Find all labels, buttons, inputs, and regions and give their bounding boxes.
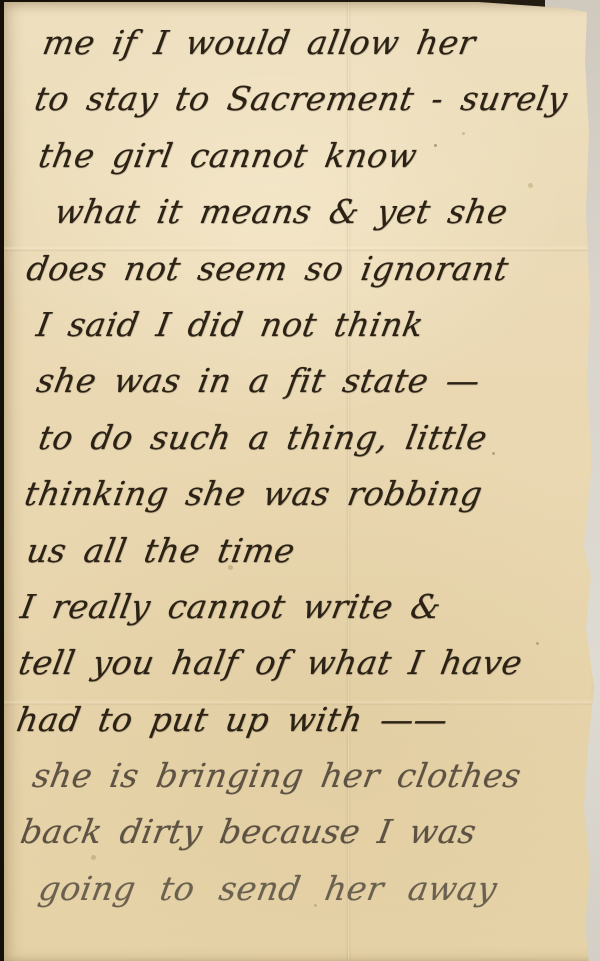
- letter-line-text: thinking she was robbing: [20, 466, 487, 522]
- letter-line: us all the time: [22, 523, 586, 579]
- letter-line-text: to stay to Sacrement - surely: [30, 71, 572, 127]
- scanned-letter-page: me if I would allow her to stay to Sacre…: [0, 0, 600, 961]
- letter-paper: me if I would allow her to stay to Sacre…: [4, 2, 600, 961]
- letter-line-text: the girl cannot know: [34, 128, 422, 184]
- letter-line: to stay to Sacrement - surely: [30, 71, 586, 127]
- letter-line: the girl cannot know: [34, 128, 586, 184]
- letter-line: had to put up with ——: [12, 692, 586, 748]
- letter-line-text: going to send her away: [34, 861, 502, 917]
- letter-line: thinking she was robbing: [20, 466, 586, 522]
- letter-line: to do such a thing, little: [34, 410, 586, 466]
- letter-line: tell you half of what I have: [14, 635, 586, 691]
- letter-line: I really cannot write &: [16, 579, 586, 635]
- letter-line: does not seem so ignorant: [22, 241, 586, 297]
- letter-line-text: I really cannot write &: [16, 579, 446, 635]
- letter-line-text: us all the time: [22, 523, 300, 579]
- letter-line-text: she was in a fit state —: [32, 353, 485, 409]
- letter-line-text: back dirty because I was: [16, 804, 481, 860]
- letter-line: what it means & yet she: [50, 184, 586, 240]
- letter-line: I said I did not think: [32, 297, 586, 353]
- letter-text: me if I would allow her to stay to Sacre…: [4, 15, 586, 917]
- letter-line-text: I said I did not think: [32, 297, 428, 353]
- letter-line-text: had to put up with ——: [12, 692, 452, 748]
- letter-line-text: what it means & yet she: [50, 184, 512, 240]
- letter-line-text: she is bringing her clothes: [28, 748, 526, 804]
- letter-line-text: does not seem so ignorant: [22, 241, 513, 297]
- letter-line: she was in a fit state —: [32, 353, 586, 409]
- letter-line-text: tell you half of what I have: [14, 635, 527, 691]
- letter-line: going to send her away: [34, 861, 586, 917]
- letter-line-text: me if I would allow her: [38, 15, 480, 71]
- letter-line: back dirty because I was: [16, 804, 586, 860]
- letter-line-text: to do such a thing, little: [34, 410, 492, 466]
- letter-line: me if I would allow her: [38, 15, 586, 71]
- letter-line: she is bringing her clothes: [28, 748, 586, 804]
